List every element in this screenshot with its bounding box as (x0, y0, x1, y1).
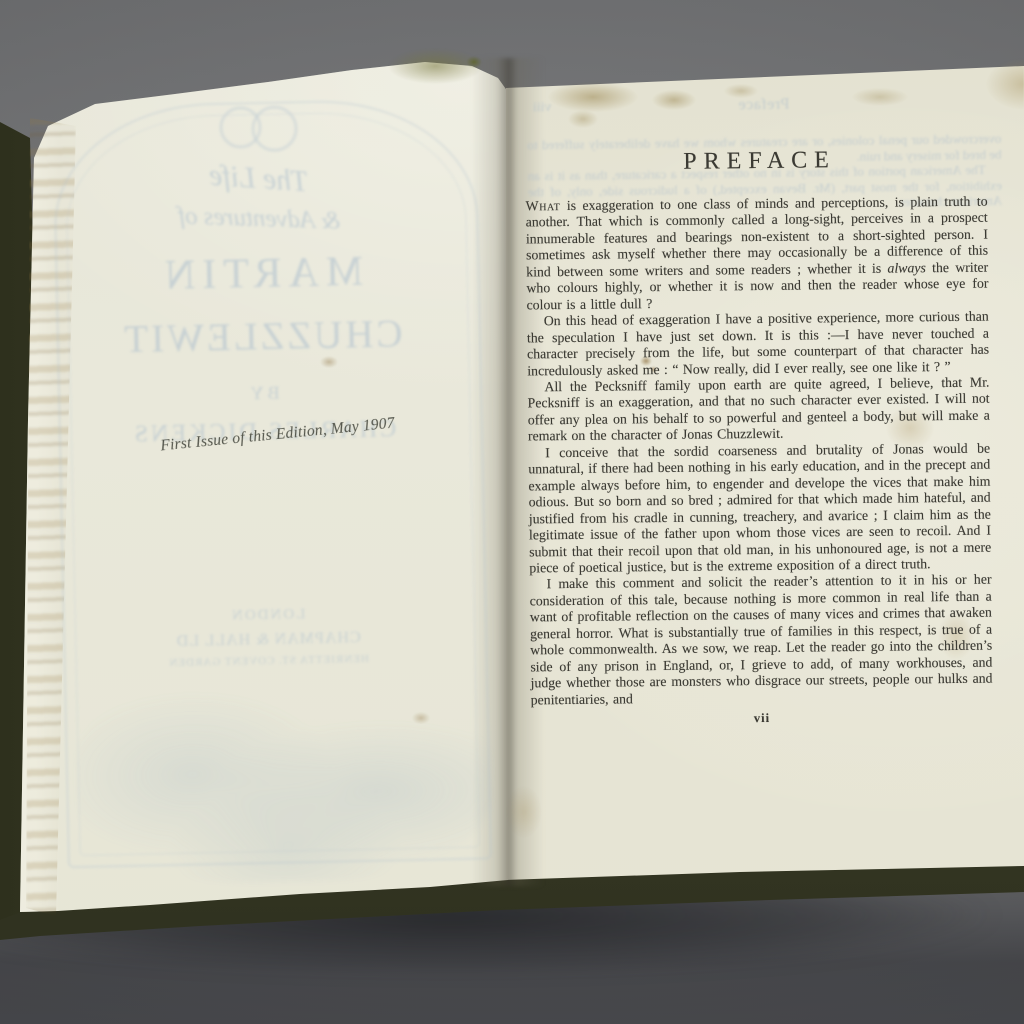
preface-paragraph: I conceive that the sordid coarseness an… (528, 440, 991, 576)
preface-heading: PREFACE (525, 146, 987, 178)
preface-text-block: PREFACE What is exaggeration to one clas… (525, 146, 993, 729)
book-photo: The Life & Adventures of MARTIN CHUZZLEW… (0, 0, 1024, 1024)
preface-paragraph: On this head of exaggeration I have a po… (527, 309, 990, 380)
preface-paragraph: I make this comment and solicit the read… (529, 572, 992, 708)
preface-paragraph: What is exaggeration to one class of min… (525, 194, 988, 314)
preface-paragraph: All the Pecksniff family upon earth are … (527, 375, 990, 446)
preface-paragraphs: What is exaggeration to one class of min… (525, 194, 992, 709)
